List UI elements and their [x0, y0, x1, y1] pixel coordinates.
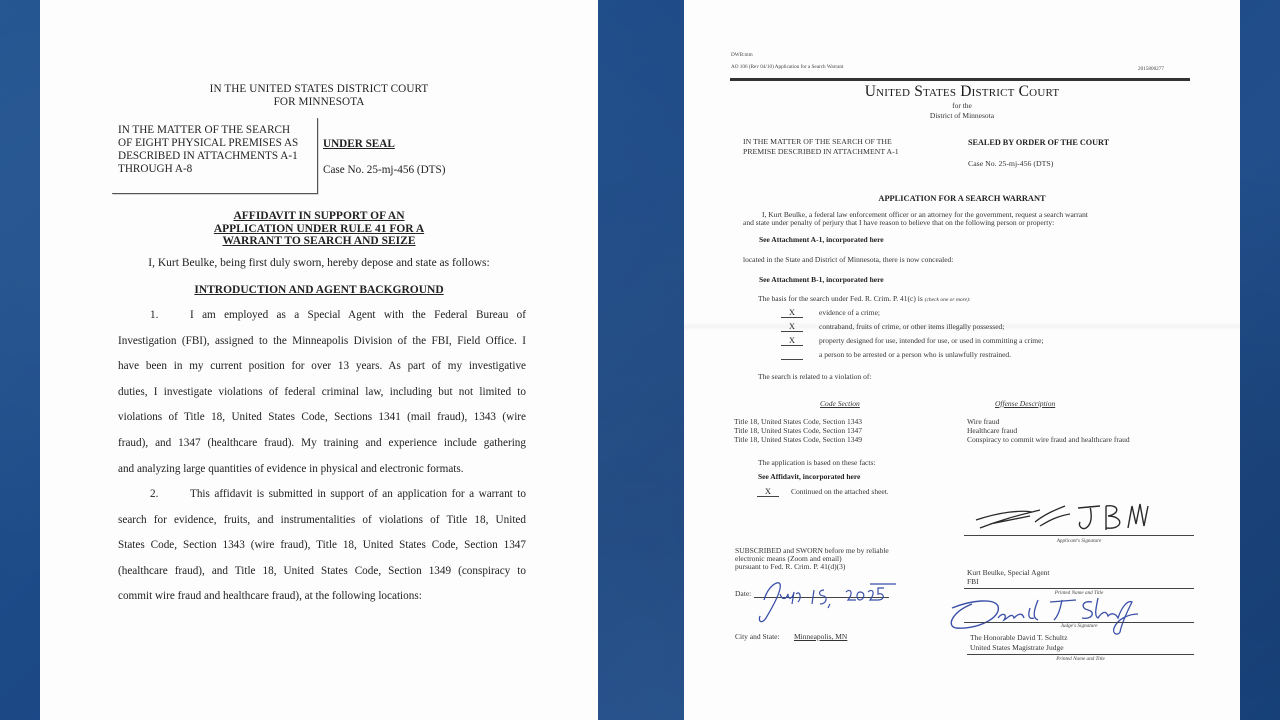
facts-text: The application is based on these facts: — [758, 459, 875, 468]
under-seal-label: UNDER SEAL — [323, 138, 395, 150]
matter-line: PREMISE DESCRIBED IN ATTACHMENT A-1 — [743, 147, 933, 157]
handwritten-date — [750, 578, 900, 626]
paragraph-line: and analyzing large quantities of eviden… — [118, 457, 526, 483]
paragraph-line: have been in my current position for ove… — [118, 354, 526, 380]
applicant-agency: FBI — [967, 578, 979, 587]
paragraph-2: 2.This affidavit is submitted in support… — [118, 482, 526, 610]
paragraph-line: search for evidence, fruits, and instrum… — [118, 508, 526, 534]
judge-name: The Honorable David T. Schultz — [970, 634, 1067, 643]
sworn-line: pursuant to Fed. R. Crim. P. 41(d)(3) — [735, 563, 845, 572]
matter-line: IN THE MATTER OF THE SEARCH OF THE — [743, 137, 933, 147]
affidavit-page: IN THE UNITED STATES DISTRICT COURT FOR … — [40, 0, 598, 720]
case-number: Case No. 25-mj-456 (DTS) — [968, 159, 1053, 168]
checkbox-continued: X — [757, 487, 779, 497]
paragraph-line: fraud), and 1347 (healthcare fraud). My … — [118, 431, 526, 457]
caption-line: OF EIGHT PHYSICAL PREMISES AS — [118, 137, 298, 150]
paragraph-line: (healthcare fraud), and Title 18, United… — [118, 559, 526, 585]
court-heading: IN THE UNITED STATES DISTRICT COURT FOR … — [40, 83, 598, 109]
judge-printed-name-line — [967, 654, 1194, 655]
court-line-2: FOR MINNESOTA — [40, 96, 598, 109]
paragraph-line: commit wire fraud and healthcare fraud),… — [118, 584, 526, 610]
title-line: WARRANT TO SEARCH AND SEIZE — [40, 235, 598, 248]
district-heading: for the District of Minnesota — [684, 101, 1240, 120]
paragraph-number: 1. — [118, 303, 190, 329]
judge-printed-name-caption: Printed Name and Title — [967, 656, 1194, 662]
paragraph-line: 2.This affidavit is submitted in support… — [118, 482, 526, 508]
paragraph-number: 2. — [118, 482, 190, 508]
checkbox-contraband: X — [781, 322, 803, 332]
court-line-1: IN THE UNITED STATES DISTRICT COURT — [40, 83, 598, 96]
code-section-header: Code Section — [820, 399, 860, 408]
intro-statement: I, Kurt Beulke, being first duly sworn, … — [40, 257, 598, 269]
form-id: AO 106 (Rev 04/10) Application for a Sea… — [731, 64, 843, 70]
basis-label: The basis for the search under Fed. R. C… — [758, 294, 923, 303]
basis-text: The basis for the search under Fed. R. C… — [758, 295, 971, 305]
city-state-value: Minneapolis, MN — [794, 633, 847, 642]
section-heading: INTRODUCTION AND AGENT BACKGROUND — [40, 284, 598, 296]
case-number: Case No. 25-mj-456 (DTS) — [323, 164, 445, 176]
judge-signature-caption: Judge's Signature — [1004, 623, 1154, 629]
caption-text: IN THE MATTER OF THE SEARCH OF EIGHT PHY… — [118, 124, 298, 176]
title-line: AFFIDAVIT IN SUPPORT OF AN — [40, 210, 598, 223]
for-the-text: for the — [684, 101, 1240, 111]
located-text: located in the State and District of Min… — [743, 256, 953, 265]
applicant-name: Kurt Beulke, Special Agent — [967, 569, 1049, 578]
checkbox-evidence: X — [781, 308, 803, 318]
application-page: DWB:mm AO 106 (Rev 04/10) Application fo… — [684, 0, 1240, 720]
judge-signature — [942, 592, 1142, 636]
violation-text: The search is related to a violation of: — [758, 373, 872, 382]
initials-header: DWB:mm — [731, 52, 753, 58]
printed-name-line — [964, 588, 1194, 589]
court-title: United States District Court — [684, 83, 1240, 101]
basis-item-label: property designed for use, intended for … — [819, 337, 1044, 346]
applicant-signature-line — [964, 535, 1194, 536]
continued-text: Continued on the attached sheet. — [791, 488, 889, 497]
matter-caption: IN THE MATTER OF THE SEARCH OF THE PREMI… — [743, 137, 933, 156]
paragraph-line: Investigation (FBI), assigned to the Min… — [118, 329, 526, 355]
application-title: APPLICATION FOR A SEARCH WARRANT — [684, 194, 1240, 203]
caption-line: IN THE MATTER OF THE SEARCH — [118, 124, 298, 137]
header-rule — [730, 78, 1190, 81]
applicant-signature-caption: Applicant's Signature — [964, 538, 1194, 544]
header-number: 2015800277 — [1138, 66, 1164, 72]
paragraph-line: violations of Title 18, United States Co… — [118, 405, 526, 431]
facts-reference: See Affidavit, incorporated here — [758, 473, 860, 482]
paragraph-line: 1.I am employed as a Special Agent with … — [118, 303, 526, 329]
case-caption-box: IN THE MATTER OF THE SEARCH OF EIGHT PHY… — [112, 118, 318, 194]
basis-item-label: a person to be arrested or a person who … — [819, 351, 1011, 360]
applicant-signature — [970, 500, 1155, 536]
attachment-b-reference: See Attachment B-1, incorporated here — [759, 276, 884, 285]
offense-description-header: Offense Description — [995, 399, 1055, 408]
basis-item-label: evidence of a crime; — [819, 309, 880, 318]
caption-line: DESCRIBED IN ATTACHMENTS A-1 — [118, 150, 298, 163]
affidavit-title: AFFIDAVIT IN SUPPORT OF AN APPLICATION U… — [40, 210, 598, 248]
checkbox-person — [781, 350, 803, 360]
basis-item-label: contraband, fruits of crime, or other it… — [819, 323, 1004, 332]
paragraph-line: duties, I investigate violations of fede… — [118, 380, 526, 406]
city-state-label: City and State: — [735, 633, 780, 642]
judge-title: United States Magistrate Judge — [970, 644, 1064, 653]
paragraph-1: 1.I am employed as a Special Agent with … — [118, 303, 526, 482]
code-section: Title 18, United States Code, Section 13… — [734, 436, 862, 445]
district-text: District of Minnesota — [684, 111, 1240, 121]
offense-description: Conspiracy to commit wire fraud and heal… — [967, 436, 1130, 445]
paragraph-line: States Code, Section 1343 (wire fraud), … — [118, 533, 526, 559]
sealed-label: SEALED BY ORDER OF THE COURT — [968, 138, 1109, 147]
basis-note: (check one or more): — [925, 297, 971, 303]
title-line: APPLICATION UNDER RULE 41 FOR A — [40, 223, 598, 236]
date-label: Date: — [735, 590, 751, 599]
statement-line: and state under penalty of perjury that … — [743, 219, 1054, 228]
attachment-a-reference: See Attachment A-1, incorporated here — [759, 236, 884, 245]
checkbox-property: X — [781, 336, 803, 346]
caption-line: THROUGH A-8 — [118, 163, 298, 176]
